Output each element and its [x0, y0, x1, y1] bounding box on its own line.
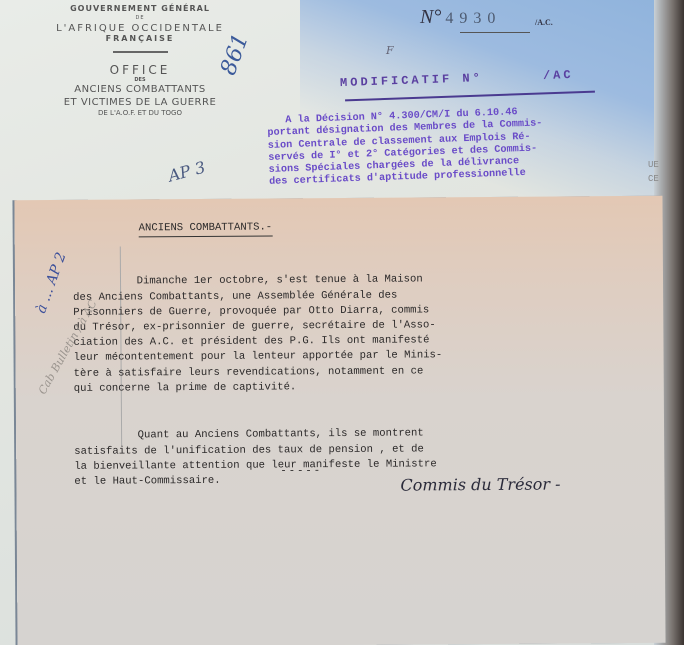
memo-sheet: ANCIENS COMBATTANTS.- Dimanche 1er octob…: [14, 196, 665, 645]
signature-note: Commis du Trésor -: [400, 474, 560, 494]
modificatif-suffix: /AC: [543, 68, 574, 83]
letterhead-line6: ET VICTIMES DE LA GUERRE: [30, 96, 250, 109]
letterhead-line1: GOUVERNEMENT GÉNÉRAL: [30, 4, 250, 13]
document-number: N° 4930 /A.C.: [420, 6, 501, 29]
letterhead-line4: FRANÇAISE: [30, 34, 250, 43]
side-letter: CE: [648, 172, 659, 186]
letterhead: GOUVERNEMENT GÉNÉRAL DE L'AFRIQUE OCCIDE…: [30, 0, 250, 117]
partial-side-text: UE CE: [648, 158, 659, 186]
number-value: 4930: [445, 10, 501, 27]
letterhead-divider: [113, 51, 168, 53]
letterhead-de: DE: [30, 15, 250, 21]
memo-end-dash: -----: [280, 464, 322, 479]
letterhead-line7: DE L'A.O.F. ET DU TOGO: [30, 109, 250, 117]
handwritten-f: F: [386, 44, 394, 57]
decision-text: A la Décision N° 4.300/CM/I du 6.10.46 p…: [267, 104, 609, 190]
letterhead-line3: L'AFRIQUE OCCIDENTALE: [30, 23, 250, 34]
number-prefix: N°: [420, 6, 441, 28]
memo-heading: ANCIENS COMBATTANTS.-: [139, 220, 273, 237]
number-suffix: /A.C.: [535, 18, 575, 27]
number-underline: [460, 32, 530, 33]
memo-paragraph-1: Dimanche 1er octobre, s'est tenue à la M…: [73, 273, 443, 397]
memo-body: Dimanche 1er octobre, s'est tenue à la M…: [73, 242, 444, 520]
memo-paragraph-2: Quant au Anciens Combattants, ils se mon…: [74, 427, 443, 490]
side-letter: UE: [648, 158, 659, 172]
letterhead-line5: ANCIENS COMBATTANTS: [30, 83, 250, 96]
